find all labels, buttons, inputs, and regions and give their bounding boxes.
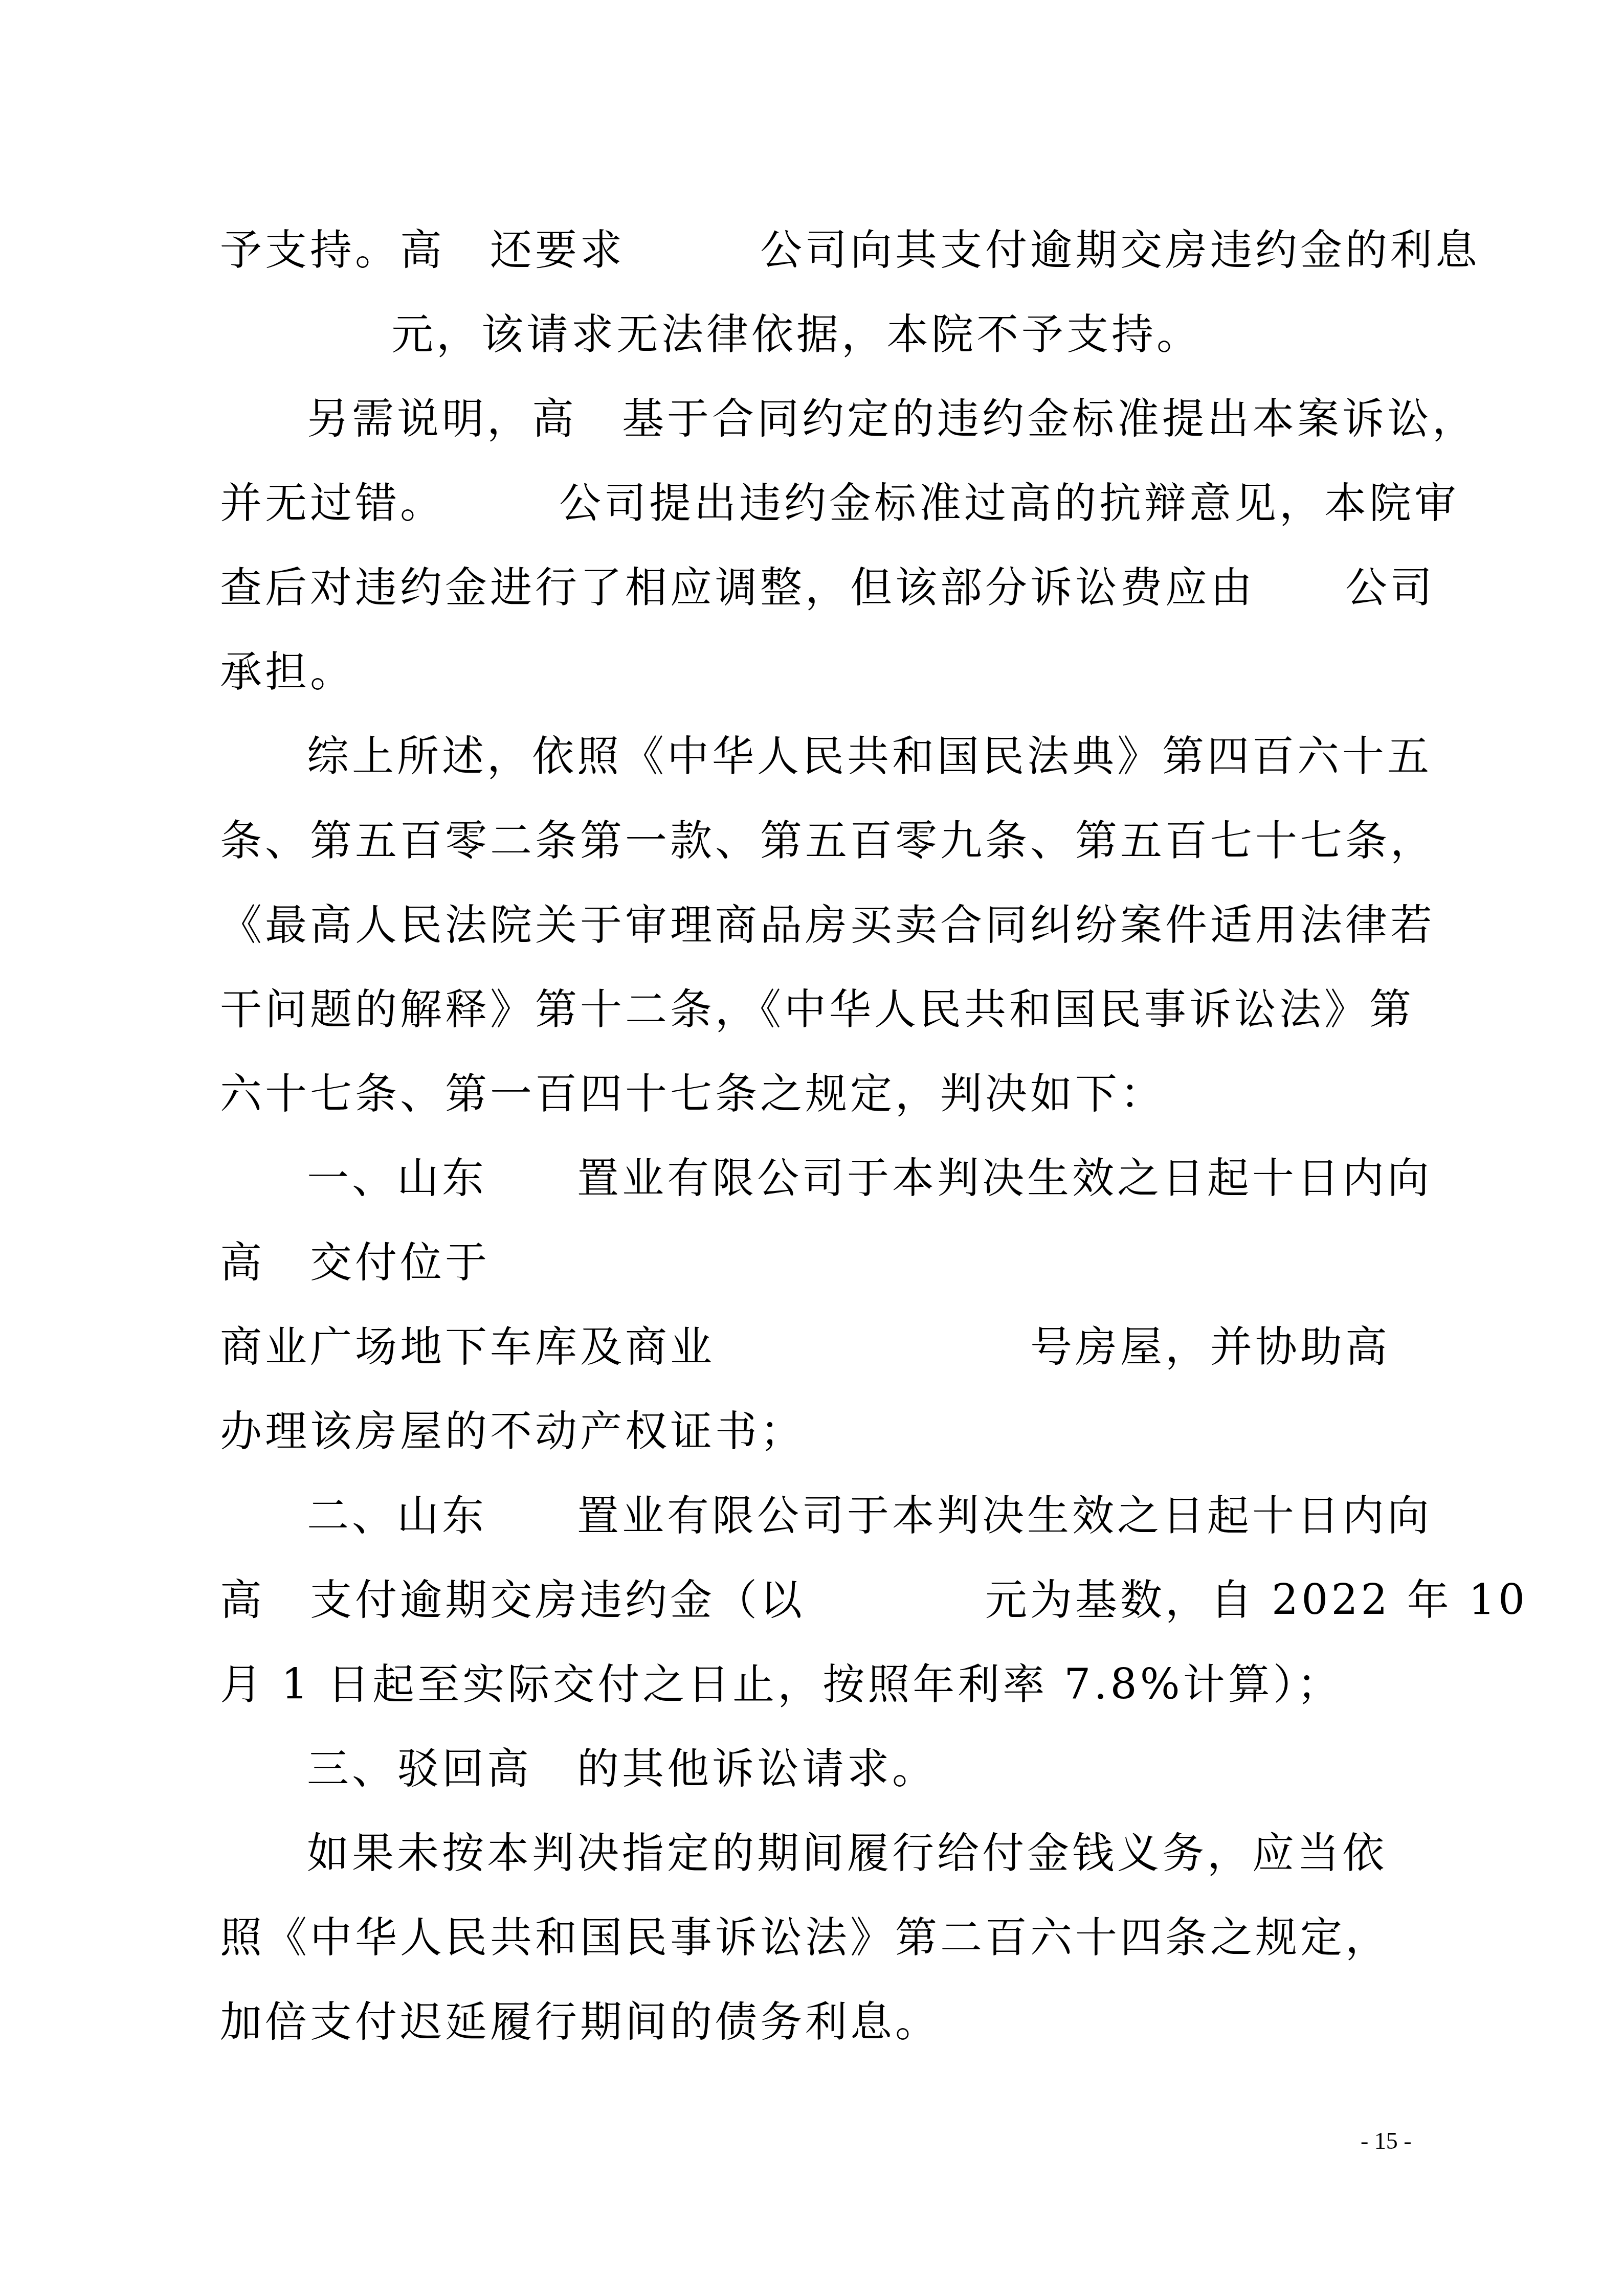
text-line-6: 承担。 (220, 647, 355, 698)
judgment-item-3: 三、驳回高 的其他诉讼请求。 (307, 1744, 937, 1795)
text-line-8: 条、第五百零二条第一款、第五百零九条、第五百七十七条， (220, 816, 1435, 867)
text-line-10: 干问题的解释》第十二条，《中华人民共和国民事诉讼法》第 (220, 984, 1414, 1036)
text-line-4: 并无过错。 公司提出违约金标准过高的抗辩意见，本院审 (220, 478, 1459, 529)
judgment-item-2-line-2: 高 支付逾期交房违约金（以 元为基数，自 2022 年 10 (220, 1575, 1528, 1626)
text-line-2: 元，该请求无法律依据，本院不予支持。 (391, 309, 1202, 361)
text-line-21: 照《中华人民共和国民事诉讼法》第二百六十四条之规定， (220, 1912, 1390, 1964)
judgment-item-1-line-2: 高 交付位于 (220, 1237, 490, 1289)
document-page: 予支持。高 还要求 公司向其支付逾期交房违约金的利息 元，该请求无法律依据，本院… (0, 0, 1624, 2296)
text-line-11: 六十七条、第一百四十七条之规定，判决如下： (220, 1069, 1165, 1120)
text-line-22: 加倍支付迟延履行期间的债务利息。 (220, 1997, 940, 2048)
text-line-7: 综上所述，依照《中华人民共和国民法典》第四百六十五 (307, 731, 1432, 782)
text-line-1: 予支持。高 还要求 公司向其支付逾期交房违约金的利息 (220, 225, 1480, 276)
judgment-item-1-line-3: 商业广场地下车库及商业 号房屋，并协助高 (220, 1322, 1390, 1373)
judgment-item-2-line-1: 二、山东 置业有限公司于本判决生效之日起十日内向 (307, 1491, 1432, 1542)
judgment-item-2-line-3: 月 1 日起至实际交付之日止，按照年利率 7.8%计算）； (220, 1659, 1342, 1710)
text-line-3: 另需说明，高 基于合同约定的违约金标准提出本案诉讼， (307, 394, 1477, 445)
text-line-20: 如果未按本判决指定的期间履行给付金钱义务，应当依 (307, 1828, 1387, 1879)
text-line-5: 查后对违约金进行了相应调整，但该部分诉讼费应由 公司 (220, 562, 1435, 614)
page-number: - 15 - (1361, 2127, 1412, 2154)
judgment-item-1-line-4: 办理该房屋的不动产权证书； (220, 1406, 805, 1457)
judgment-item-1-line-1: 一、山东 置业有限公司于本判决生效之日起十日内向 (307, 1153, 1432, 1204)
text-line-9: 《最高人民法院关于审理商品房买卖合同纠纷案件适用法律若 (220, 900, 1435, 951)
